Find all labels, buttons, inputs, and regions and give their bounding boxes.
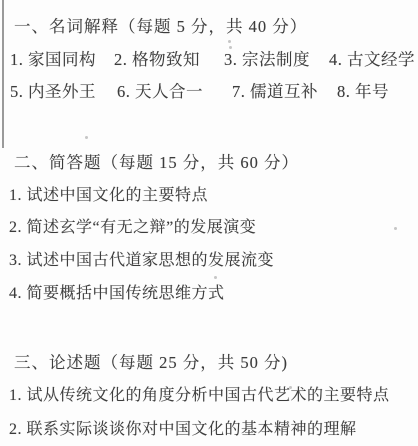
term-item-5: 5. 内圣外王 [10,78,96,102]
question-3-1: 1. 试从传统文化的角度分析中国古代艺术的主要特点 [9,382,390,405]
question-2-1: 1. 试述中国文化的主要特点 [9,182,208,205]
section-2-heading: 二、简答题（每题 15 分，共 60 分） [14,149,299,173]
question-2-3: 3. 试述中国古代道家思想的发展流变 [9,247,274,270]
term-item-3: 3. 宗法制度 [224,46,310,70]
scanned-exam-page: 一、名词解释（每题 5 分，共 40 分） 1. 家国同构 2. 格物致知 3.… [0,0,418,446]
scan-speck [214,276,217,279]
term-item-6: 6. 天人合一 [117,78,203,102]
question-3-2: 2. 联系实际谈谈你对中国文化的基本精神的理解 [9,416,357,439]
term-item-8: 8. 年号 [337,78,389,102]
section-1-heading: 一、名词解释（每题 5 分，共 40 分） [14,13,307,37]
question-2-4: 4. 简要概括中国传统思维方式 [9,280,225,303]
scan-speck [394,227,397,230]
term-item-4: 4. 古文经学 [329,46,415,70]
question-2-2: 2. 简述玄学“有无之辩”的发展演变 [9,214,256,237]
scan-speck [85,136,88,139]
term-item-2: 2. 格物致知 [114,46,200,70]
section-3-heading: 三、论述题（每题 25 分，共 50 分) [14,349,288,373]
term-item-7: 7. 儒道互补 [232,78,318,102]
scan-speck [228,40,231,43]
scan-border-line [2,0,4,148]
term-item-1: 1. 家国同构 [10,46,96,70]
